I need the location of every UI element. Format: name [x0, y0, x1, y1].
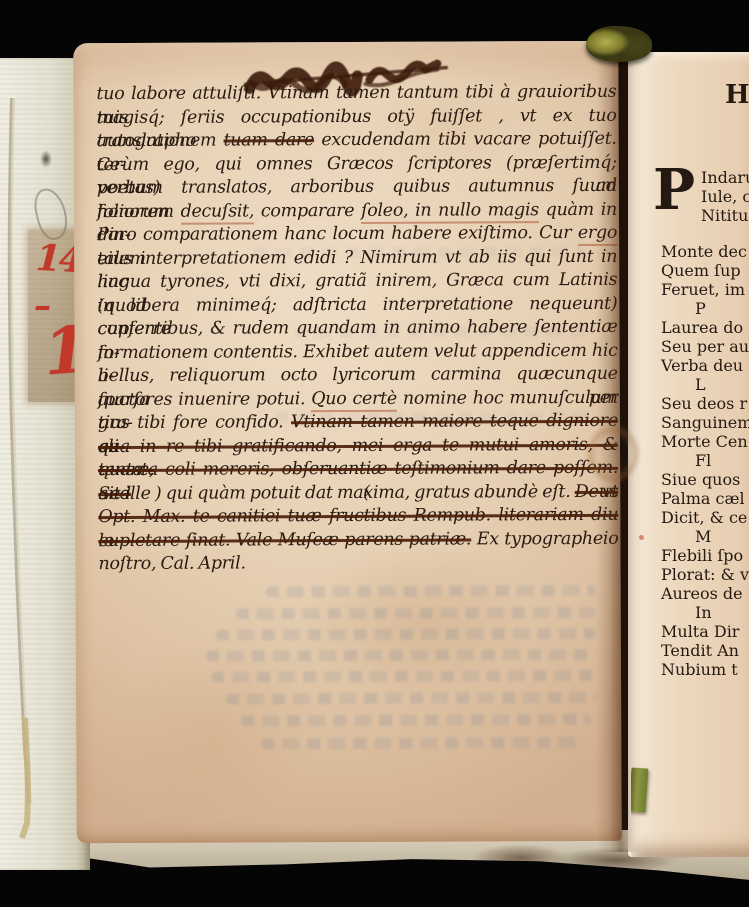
- book-photo: 14 – 1: [0, 0, 749, 907]
- text-line: tius tibi fore confido. Vtinam tamen mai…: [98, 410, 618, 436]
- text-segment: translationem: [97, 131, 224, 152]
- text-segment: noſtro, Cal. April.: [98, 553, 245, 574]
- text-line: Indaru: [701, 168, 749, 187]
- verse-line: Morte Cen: [661, 432, 749, 451]
- verse-line: Aureos de: [661, 584, 749, 603]
- right-page-text: Monte decQuem ſupFeruet, imPLaurea doSeu…: [661, 242, 749, 679]
- verse-line: Siue quos: [661, 470, 749, 489]
- verse-line: Tendit An: [661, 641, 749, 660]
- text-line: lingua tyrones, vti dixi, gratiã inirem,…: [97, 269, 617, 295]
- text-line: Iule, c: [701, 187, 749, 206]
- text-segment: daro comparationem hanc locum habere exi…: [97, 223, 578, 245]
- bookmark-ribbon: [628, 767, 648, 812]
- verse-line: P: [695, 299, 749, 318]
- text-segment: honorem: [97, 201, 181, 221]
- verse-line: Verba deu: [661, 356, 749, 375]
- verse-line: Palma cæl: [661, 489, 749, 508]
- text-line: Opt. Max. te canitiei tuæ fructibus Remp…: [98, 504, 618, 530]
- struck-text: Deus: [575, 481, 619, 501]
- verse-line: In: [695, 603, 749, 622]
- bleedthrough-line: [266, 585, 596, 597]
- drop-cap-lines: IndaruIule, cNititu: [701, 168, 749, 225]
- verse-line: Seu deos r: [661, 394, 749, 413]
- bleedthrough-line: [261, 737, 581, 749]
- verse-line: Laurea do: [661, 318, 749, 337]
- verse-line: L: [695, 375, 749, 394]
- red-speck: [639, 535, 644, 540]
- text-line: auctores inuenire potui. Quo certè nomin…: [98, 386, 618, 412]
- verse-line: Nubium t: [661, 660, 749, 679]
- left-page: tuo labore attuliſti. Vtinam tamen tantu…: [73, 41, 621, 843]
- text-line: formationem contentis. Exhibet autem vel…: [98, 339, 618, 365]
- text-line: honorem decuſsit, comparare ſoleo, in nu…: [97, 198, 617, 224]
- verse-line: Seu per au: [661, 337, 749, 356]
- text-line: in libera minimeq́; adſtricta interpreta…: [97, 292, 617, 318]
- text-line: Nititu: [701, 206, 749, 225]
- verse-line: M: [695, 527, 749, 546]
- text-line: tuo labore attuliſti. Vtinam tamen tantu…: [96, 81, 616, 107]
- verse-line: Flebili ſpo: [661, 546, 749, 565]
- text-line: daro comparationem hanc locum habere exi…: [97, 222, 617, 248]
- verse-line: Monte dec: [661, 242, 749, 261]
- verse-line: Plorat: & v: [661, 565, 749, 584]
- verse-line: Feruet, im: [661, 280, 749, 299]
- text-line: verbum translatos, arboribus quibus autu…: [97, 175, 617, 201]
- bleedthrough-line: [206, 649, 596, 662]
- text-line: ait ille ) qui quàm potuit dat maxima, g…: [98, 480, 618, 506]
- text-segment: tius tibi fore confido.: [98, 412, 291, 433]
- text-segment: auctores inuenire potui.: [98, 389, 312, 410]
- struck-text: tuam dare: [223, 130, 314, 150]
- text-line: cupientibus, & rudem quandam in animo ha…: [97, 316, 617, 342]
- bleedthrough-line: [236, 607, 596, 620]
- red-underlined-text: ergo: [578, 223, 617, 246]
- red-underlined-text: Quo certè: [311, 388, 397, 411]
- text-line: magisq́; ſeriis occupationibus otÿ fuiſſ…: [97, 104, 617, 130]
- text-segment: Ex typographeio: [471, 528, 618, 549]
- bleedthrough-line: [241, 714, 591, 727]
- drop-cap: P: [653, 162, 695, 218]
- text-line: bellus, reliquorum octo lyricorum carmin…: [98, 363, 618, 389]
- bleedthrough-ghost-text: [73, 41, 618, 43]
- verse-line: Fl: [695, 451, 749, 470]
- bleedthrough-line: [216, 628, 596, 641]
- text-line: qua in re tibi gratificando, mei erga te…: [98, 433, 618, 459]
- text-segment: ait ille ) qui quàm potuit dat maxima, g…: [98, 482, 575, 504]
- running-header: H: [725, 80, 749, 110]
- endband: [586, 26, 652, 62]
- bleedthrough-line: [211, 670, 596, 683]
- red-underlined-text: decuſsit,: [181, 201, 255, 224]
- text-line: translationem tuam dare excudendam tibi …: [97, 128, 617, 154]
- verse-line: Multa Dir: [661, 622, 749, 641]
- verse-line: Dicit, & ce: [661, 508, 749, 527]
- shelfmark-number: 14: [35, 237, 76, 281]
- left-page-text: tuo labore attuliſti. Vtinam tamen tantu…: [96, 81, 618, 577]
- text-line: eius interpretationem edidi ? Nimirum vt…: [97, 245, 617, 271]
- struck-text: cupletare ſinat. Vale Muſeæ parens patri…: [98, 529, 471, 551]
- right-page: H P IndaruIule, cNititu Monte decQuem ſu…: [628, 52, 749, 857]
- text-line: noſtro, Cal. April.: [98, 551, 618, 577]
- bleedthrough-line: [226, 692, 596, 705]
- shelfmark-label: 14 – 1: [28, 230, 76, 402]
- text-line: cupletare ſinat. Vale Muſeæ parens patri…: [98, 527, 618, 553]
- text-segment: comparare: [254, 200, 361, 220]
- ink-mark: [40, 150, 52, 168]
- verse-line: Sanguinem: [661, 413, 749, 432]
- text-line: terùm ego, qui omnes Græcos ſcriptores (…: [97, 151, 617, 177]
- stain: [116, 632, 317, 833]
- text-line: quanta coli mereris, obſeruantiæ teſtimo…: [98, 457, 618, 483]
- verse-line: Quem ſup: [661, 261, 749, 280]
- shelfmark-number: 1: [41, 313, 76, 391]
- red-underlined-text: ſoleo, in nullo magis: [361, 200, 539, 224]
